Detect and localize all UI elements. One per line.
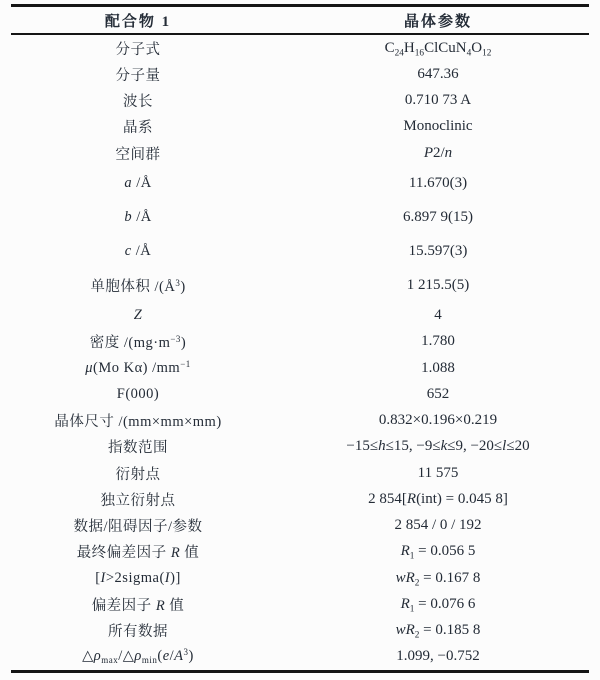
row-label: 空间群 [0, 143, 276, 164]
table-row: a /Å 11.670(3) [0, 166, 600, 200]
table-row: [I>2sigma(I)] wR2 = 0.167 8 [0, 565, 600, 591]
row-value: C24H16ClCuN4O12 [276, 40, 600, 57]
row-label: 独立衍射点 [0, 489, 276, 510]
table-row: 空间群 P2/n [0, 140, 600, 166]
table-row: 晶体尺寸 /(mm×mm×mm) 0.832×0.196×0.219 [0, 408, 600, 434]
row-value: 1.780 [276, 333, 600, 350]
row-value: R1 = 0.056 5 [276, 543, 600, 560]
row-value: 652 [276, 386, 600, 403]
table-header-parameters: 晶体参数 [276, 10, 600, 31]
table-row: 独立衍射点 2 854[R(int) = 0.045 8] [0, 486, 600, 512]
row-label: 晶系 [0, 116, 276, 137]
row-value: Monoclinic [276, 118, 600, 135]
table-row: b /Å 6.897 9(15) [0, 200, 600, 234]
row-value: 11 575 [276, 465, 600, 482]
row-value: 4 [276, 307, 600, 324]
row-value: R1 = 0.076 6 [276, 596, 600, 613]
row-label: 分子量 [0, 64, 276, 85]
row-value: P2/n [276, 145, 600, 162]
row-value: 647.36 [276, 66, 600, 83]
table-body: 分子式 C24H16ClCuN4O12 分子量 647.36 波长 0.710 … [0, 35, 600, 670]
row-label: b /Å [0, 209, 276, 226]
table-row: 单胞体积 /(Å3) 1 215.5(5) [0, 269, 600, 303]
row-value: 2 854[R(int) = 0.045 8] [276, 491, 600, 508]
row-label: c /Å [0, 243, 276, 260]
row-value: 1.099, −0.752 [276, 648, 600, 665]
row-label: △ρmax/△ρmin(e/A3) [0, 648, 276, 665]
table-row: F(000) 652 [0, 381, 600, 407]
row-label: F(000) [0, 386, 276, 403]
table-row: △ρmax/△ρmin(e/A3) 1.099, −0.752 [0, 644, 600, 670]
row-label: 衍射点 [0, 463, 276, 484]
table-row: Z 4 [0, 303, 600, 329]
table-row: 指数范围 −15≤h≤15, −9≤k≤9, −20≤l≤20 [0, 434, 600, 460]
row-value: 6.897 9(15) [276, 209, 600, 226]
table-row: 最终偏差因子 R 值 R1 = 0.056 5 [0, 539, 600, 565]
row-label: 所有数据 [0, 620, 276, 641]
row-label: 最终偏差因子 R 值 [0, 541, 276, 562]
row-value: wR2 = 0.185 8 [276, 622, 600, 639]
table-row: 波长 0.710 73 A [0, 87, 600, 113]
table-row: 偏差因子 R 值 R1 = 0.076 6 [0, 591, 600, 617]
row-value: 1 215.5(5) [276, 277, 600, 294]
table-row: 所有数据 wR2 = 0.185 8 [0, 617, 600, 643]
table-row: 数据/阻碍因子/参数 2 854 / 0 / 192 [0, 512, 600, 538]
row-label: 分子式 [0, 38, 276, 59]
row-label: 单胞体积 /(Å3) [0, 275, 276, 296]
row-value: 0.710 73 A [276, 92, 600, 109]
table-row: 密度 /(mg·m−3) 1.780 [0, 329, 600, 355]
row-label: [I>2sigma(I)] [0, 570, 276, 587]
row-label: 指数范围 [0, 436, 276, 457]
table-bottom-rule [11, 670, 589, 673]
table-header-compound: 配合物 1 [0, 10, 276, 31]
row-value: 1.088 [276, 360, 600, 377]
table-row: 分子式 C24H16ClCuN4O12 [0, 35, 600, 61]
row-label: Z [0, 307, 276, 324]
table-row: c /Å 15.597(3) [0, 234, 600, 268]
row-label: 偏差因子 R 值 [0, 594, 276, 615]
table-row: 晶系 Monoclinic [0, 114, 600, 140]
row-value: 15.597(3) [276, 243, 600, 260]
table-row: μ(Mo Kα) /mm−1 1.088 [0, 355, 600, 381]
table-row: 分子量 647.36 [0, 61, 600, 87]
table-row: 衍射点 11 575 [0, 460, 600, 486]
row-value: 2 854 / 0 / 192 [276, 517, 600, 534]
crystal-data-table: 配合物 1 晶体参数 分子式 C24H16ClCuN4O12 分子量 647.3… [0, 0, 600, 680]
row-value: wR2 = 0.167 8 [276, 570, 600, 587]
row-label: 晶体尺寸 /(mm×mm×mm) [0, 410, 276, 431]
row-label: a /Å [0, 175, 276, 192]
row-value: 0.832×0.196×0.219 [276, 412, 600, 429]
row-label: 密度 /(mg·m−3) [0, 331, 276, 352]
row-value: −15≤h≤15, −9≤k≤9, −20≤l≤20 [276, 438, 600, 455]
row-value: 11.670(3) [276, 175, 600, 192]
table-header-row: 配合物 1 晶体参数 [0, 7, 600, 33]
row-label: 波长 [0, 90, 276, 111]
row-label: 数据/阻碍因子/参数 [0, 515, 276, 536]
row-label: μ(Mo Kα) /mm−1 [0, 360, 276, 377]
